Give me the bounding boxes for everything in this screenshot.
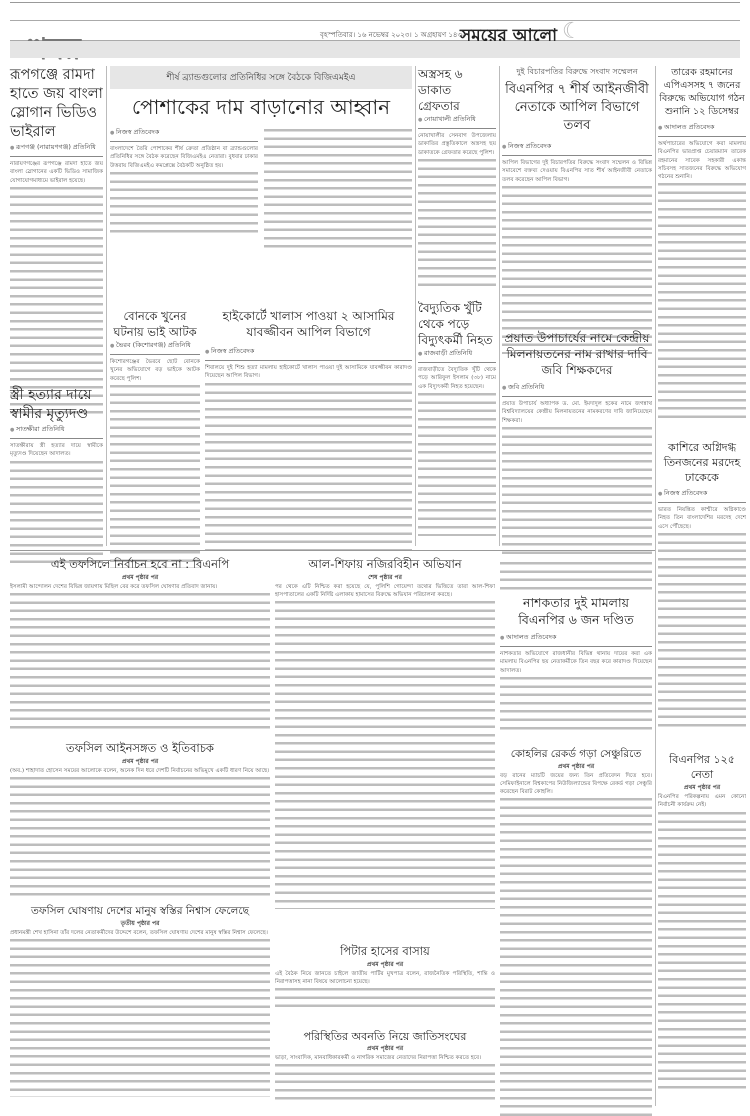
byline: নিজস্ব প্রতিবেদক <box>502 141 652 156</box>
headline: আল-শিফায় নজিরবিহীন অভিযান <box>275 558 495 572</box>
article-body: অর্থপাচারের অভিযোগে করা মামলায় বিএনপির … <box>658 140 746 181</box>
article-body: (অব.) শাহাদাত হোসেন সময়ের আলোকে বলেন, অ… <box>10 767 270 775</box>
story-tarique: তারেক রহমানের এপিএসসহ ৭ জনের বিরুদ্ধে অভ… <box>658 66 746 421</box>
kicker: শীর্ষ ব্র্যান্ডগুলোর প্রতিনিধির সঙ্গে বৈ… <box>110 66 412 89</box>
story-dakat: অস্ত্রসহ ৬ ডাকাত গ্রেফতার নোয়াখালী প্রত… <box>418 66 496 292</box>
article-body-continued <box>10 591 270 731</box>
byline: জবি প্রতিনিধি <box>502 382 652 397</box>
continued-label: শেষ পৃষ্ঠার পর <box>275 572 495 583</box>
story-bnp125: বিএনপির ১২৫ নেতা প্রথম পৃষ্ঠার পর বিএনপি… <box>658 752 746 1090</box>
article-body-continued <box>658 531 746 731</box>
kicker: দুই বিচারপতির বিরুদ্ধে সংবাদ সম্মেলন <box>502 66 652 79</box>
article-body: এই বৈঠক নিয়ে জানতে চাইলে জাতীয় পার্টির… <box>275 970 495 987</box>
article-body-continued <box>275 986 495 1010</box>
continued-label: প্রথম পৃষ্ঠার পর <box>658 782 746 793</box>
story-wife: স্ত্রী হত্যার দায়ে স্বামীর মৃত্যুদণ্ড স… <box>10 386 103 569</box>
continued-label: প্রথম পৃষ্ঠার পর <box>500 761 652 772</box>
headline: তফসিল ঘোষণায় দেশের মানুষ স্বস্তির নিশ্ব… <box>10 905 270 918</box>
article-body: নোয়াখালীর সেনবাগ উপজেলায় ডাকাতির প্রস্… <box>418 132 496 157</box>
article-body: প্রয়াত উপাচার্য অধ্যাপক ড. মো. ইমদাদুল … <box>502 400 652 425</box>
headline: প্রয়াত উপাচার্যের নামে কেন্দ্রীয় মিলনা… <box>502 330 652 378</box>
column-rule <box>106 66 107 546</box>
article-body: ভাড়া, সাংবাদিক, মানবাধিকারকর্মী ও নাগরি… <box>275 1054 495 1062</box>
byline: রূপগঞ্জ (নারায়ণগঞ্জ) প্রতিনিধি <box>10 142 103 157</box>
article-body-continued <box>418 391 496 536</box>
column-rule <box>415 66 416 546</box>
byline: সাতক্ষীরা প্রতিনিধি <box>10 424 103 439</box>
story-peter: পিটার হাসের বাসায় প্রথম পৃষ্ঠার পর এই ব… <box>275 945 495 1010</box>
continued-label: প্রথম পৃষ্ঠার পর <box>275 959 495 970</box>
top-rule <box>10 2 740 3</box>
article-body-continued <box>10 185 103 415</box>
story-sabotage: নাশকতার দুই মামলায় বিএনপির ৬ জন দণ্ডিত … <box>500 560 652 730</box>
article-body-continued <box>110 383 200 568</box>
article-body-continued <box>205 381 412 551</box>
headline: স্ত্রী হত্যার দায়ে স্বামীর মৃত্যুদণ্ড <box>10 386 103 424</box>
article-body-continued <box>10 459 103 569</box>
headline: বিএনপির ১২৫ নেতা <box>658 752 746 782</box>
headline: পিটার হাসের বাসায় <box>275 945 495 959</box>
byline: নিজস্ব প্রতিবেদক <box>205 346 412 361</box>
column-rule <box>499 66 500 546</box>
dateline: বৃহস্পতিবার। ১৬ নভেম্বর ২০২৩। ১ অগ্রহায়… <box>320 29 467 41</box>
story-kashimpur: কাশিরে অগ্নিদগ্ধ তিনজনের মরদেহ ঢাকেকে নি… <box>658 440 746 731</box>
continued-label: প্রথম পৃষ্ঠার পর <box>10 572 270 583</box>
headline: বৈদ্যুতিক খুঁটি থেকে পড়ে বিদ্যুৎকর্মী ন… <box>418 300 496 348</box>
article-body: বড় রানের ম্যাচটি জয়ের জন্য তিন প্রতিবে… <box>500 772 652 797</box>
story-garment: শীর্ষ ব্র্যান্ডগুলোর প্রতিনিধির সঙ্গে বৈ… <box>110 66 412 253</box>
byline: নোয়াখালী প্রতিনিধি <box>418 114 496 129</box>
story-sister: বোনকে খুনের ঘটনায় ভাই আটক ভৈরব (কিশোরগঞ… <box>110 308 200 568</box>
headline: হাইকোর্টে খালাস পাওয়া ২ আসামির যাবজ্জীব… <box>205 308 412 340</box>
headline: পোশাকের দাম বাড়ানোর আহ্বান <box>110 95 412 119</box>
byline: আদালত প্রতিবেদক <box>658 122 746 137</box>
headline: তারেক রহমানের এপিএসসহ ৭ জনের বিরুদ্ধে অভ… <box>658 66 746 118</box>
article-body-continued <box>502 425 652 570</box>
headline: বিএনপির ৭ শীর্ষ আইনজীবী নেতাকে আপিল বিভা… <box>502 81 652 135</box>
story-electric: বৈদ্যুতিক খুঁটি থেকে পড়ে বিদ্যুৎকর্মী ন… <box>418 300 496 536</box>
story-rampda: রূপগঞ্জে রামদা হাতে জয় বাংলা স্লোগান ভি… <box>10 66 103 415</box>
article-body: নাশকতার অভিযোগে রাজধানীর বিভিন্ন থানায় … <box>500 650 652 675</box>
story-legal: তফসিল আইনসঙ্গত ও ইতিবাচক প্রথম পৃষ্ঠার প… <box>10 742 270 900</box>
article-body: শিবালয়ে দুই শিশু হত্যা মামলায় হাইকোর্ট… <box>205 364 412 381</box>
article-body-continued <box>10 775 270 900</box>
header-band <box>10 41 740 58</box>
story-relief: তফসিল ঘোষণায় দেশের মানুষ স্বস্তির নিশ্ব… <box>10 905 270 1097</box>
story-kohli: কোহলির রেকর্ড গড়া সেঞ্চুরিতে প্রথম পৃষ্… <box>500 748 652 1116</box>
story-vc: প্রয়াত উপাচার্যের নামে কেন্দ্রীয় মিলনা… <box>502 330 652 570</box>
story-un: পরিস্থিতির অবনতি নিয়ে জাতিসংঘের প্রথম প… <box>275 1030 495 1102</box>
article-body: সাতক্ষীরায় স্ত্রী হত্যার দায়ে স্বামীকে… <box>10 442 103 459</box>
article-body: প্রধানমন্ত্রী শেখ হাসিনা তাঁর দলের নেতাক… <box>10 929 270 937</box>
byline: নিজস্ব প্রতিবেদক <box>110 127 258 142</box>
article-body-continued <box>110 170 258 236</box>
headline: পরিস্থিতির অবনতি নিয়ে জাতিসংঘের <box>275 1030 495 1043</box>
article-body: আপিল বিভাগের দুই বিচারপতির বিরুদ্ধে সংবা… <box>502 159 652 184</box>
headline: নাশকতার দুই মামলায় বিএনপির ৬ জন দণ্ডিত <box>500 594 652 628</box>
story-alshifa: আল-শিফায় নজিরবিহীন অভিযান শেষ পৃষ্ঠার প… <box>275 558 495 909</box>
byline: আদালত প্রতিবেদক <box>500 632 652 647</box>
article-body-continued <box>500 675 652 730</box>
article-body-continued <box>658 181 746 421</box>
article-body-continued <box>658 810 746 1090</box>
article-body: বিএনপির পরিকল্পনায় এমন কোনো নির্বাচনী ক… <box>658 793 746 810</box>
article-body-continued <box>418 157 496 292</box>
continued-label: প্রথম পৃষ্ঠার পর <box>10 756 270 767</box>
preceding-text <box>500 560 652 590</box>
headline: তফসিল আইনসঙ্গত ও ইতিবাচক <box>10 742 270 756</box>
headline: কোহলির রেকর্ড গড়া সেঞ্চুরিতে <box>500 748 652 761</box>
headline: অস্ত্রসহ ৬ ডাকাত গ্রেফতার <box>418 66 496 114</box>
article-body-continued <box>500 796 652 1116</box>
continued-label: প্রথম পৃষ্ঠার পর <box>275 1043 495 1054</box>
article-body-continued <box>502 184 652 354</box>
article-body-continued <box>275 1062 495 1102</box>
headline: রূপগঞ্জে রামদা হাতে জয় বাংলা স্লোগান ভি… <box>10 66 103 142</box>
byline: রাজবাড়ী প্রতিনিধি <box>418 348 496 363</box>
article-body-continued <box>275 599 495 909</box>
column-rule <box>655 66 656 1106</box>
headline: বোনকে খুনের ঘটনায় ভাই আটক <box>110 308 200 340</box>
byline: ভৈরব (কিশোরগঞ্জ) প্রতিনিধি <box>110 340 200 355</box>
byline: নিজস্ব প্রতিবেদক <box>658 488 746 503</box>
article-body-column2 <box>264 127 412 253</box>
article-body: কিশোরগঞ্জের ভৈরবে ছোট বোনকে খুনের অভিযোগ… <box>110 358 200 383</box>
story-lawyers: দুই বিচারপতির বিরুদ্ধে সংবাদ সম্মেলন বিএ… <box>502 66 652 354</box>
story-election: এই তফসিলে নির্বাচন হবে না : বিএনপি প্রথম… <box>10 558 270 731</box>
article-body: রাজবাড়ীতে বৈদ্যুতিক খুঁটি থেকে পড়ে আরি… <box>418 366 496 391</box>
article-body: নারায়ণগঞ্জের রূপগঞ্জে রামদা হাতে জয় বা… <box>10 160 103 185</box>
headline: কাশিরে অগ্নিদগ্ধ তিনজনের মরদেহ ঢাকেকে <box>658 440 746 485</box>
article-body: বাংলাদেশে তৈরি পোশাকের শীর্ষ ক্রেতা প্রত… <box>110 145 258 170</box>
masthead: খবর বৃহস্পতিবার। ১৬ নভেম্বর ২০২৩। ১ অগ্র… <box>10 20 740 41</box>
article-body: ইসলামী আন্দোলন দেশের বিভিন্ন জায়গায় মি… <box>10 583 270 591</box>
story-highcourt: হাইকোর্টে খালাস পাওয়া ২ আসামির যাবজ্জীব… <box>205 308 412 551</box>
section-rule <box>10 550 655 551</box>
article-body: ভারত নিয়ন্ত্রিত কাশ্মীরে অগ্নিকাণ্ডে নি… <box>658 506 746 531</box>
article-body: পর থেকে এটি নিশ্চিত করা হয়েছে যে, পুলিশ… <box>275 583 495 600</box>
continued-label: তৃতীয় পৃষ্ঠার পর <box>10 918 270 929</box>
headline: এই তফসিলে নির্বাচন হবে না : বিএনপি <box>10 558 270 572</box>
article-body-continued <box>10 937 270 1097</box>
